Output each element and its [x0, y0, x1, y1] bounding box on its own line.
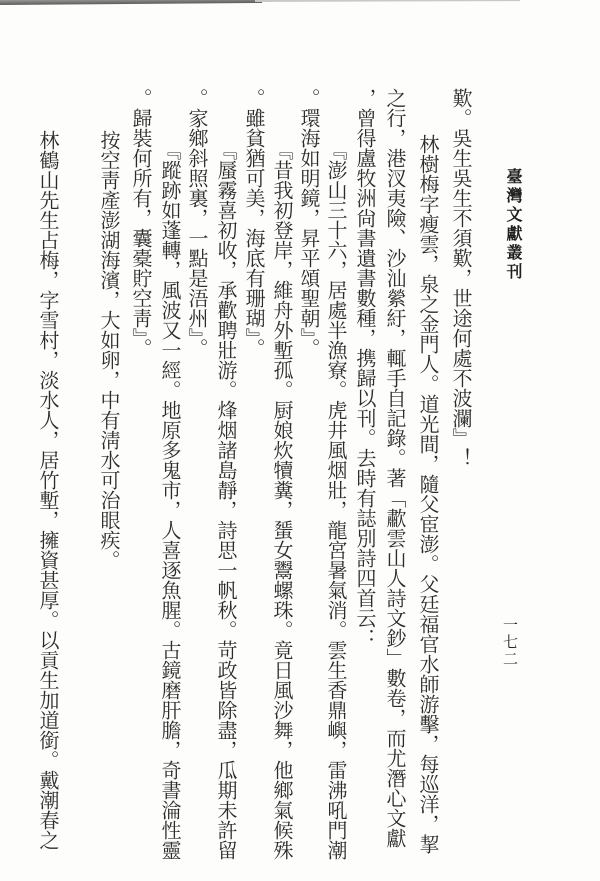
text-column-06-poem: 。環海如明鏡，昇平頌聖朝』。	[298, 88, 318, 358]
text-column-11-poem: 『蹤跡如蓬轉，風波又一經。地原多鬼市，人喜逐魚腥。古鏡磨肝膽，奇書淪性靈	[159, 140, 179, 860]
running-header-title: 臺灣文獻叢刊	[501, 168, 524, 282]
text-column-04: ，曾得盧牧洲尙書遺書數種，携歸以刊。去時有誌別詩四首云：	[354, 88, 374, 648]
text-column-10-poem: 。家鄉斜照裏，一點是浯州』。	[186, 88, 206, 358]
text-column-02: 林樹梅字瘦雲，泉之金門人。道光間，隨父宦澎。父廷福官水師游擊，每巡洋，挈	[417, 134, 437, 854]
text-column-01: 歎。吳生吳生不須歎，世途何處不波瀾』！	[450, 88, 470, 468]
text-column-12-poem: 。歸裝何所有，囊橐貯空靑』。	[130, 88, 150, 358]
text-column-09-poem: 『蜃霧喜初收，承歡聘壯游。烽烟諸島靜，詩思一帆秋。苛政皆除盡，瓜期未許留	[215, 140, 235, 860]
text-column-13-note: 按空靑產澎湖海濱，大如卵，中有淸水可治眼疾。	[98, 130, 118, 570]
scanned-book-page: 臺灣文獻叢刊 一七二 歎。吳生吳生不須歎，世途何處不波瀾』！ 林樹梅字瘦雲，泉之…	[0, 0, 600, 881]
text-column-03: 之行，港汊夷險、沙汕縈紆，輒手自記錄。著「歗雲山人詩文鈔」數卷，而尤潛心文獻	[384, 88, 404, 848]
text-column-05-poem: 『澎山三十六，居處半漁寮。虎井風烟壯，龍宮暑氣消。雲生香鼎嶼，雷沸吼門潮	[325, 140, 345, 860]
page-number: 一七二	[499, 617, 520, 668]
text-column-07-poem: 『昔我初登岸，維舟外塹孤。厨娘炊犢糞，蜑女鬻螺珠。竟日風沙舞，他鄉氣候殊	[271, 140, 291, 860]
scan-edge-artifact	[0, 0, 262, 5]
text-column-14: 林鶴山先生占梅，字雪村，淡水人，居竹塹，擁資甚厚。以貢生加道銜。戴潮春之	[37, 130, 57, 850]
text-column-08-poem: 。雖貧猶可美，海底有珊瑚』。	[243, 88, 263, 358]
scan-edge-artifact-faint	[255, 0, 520, 2]
